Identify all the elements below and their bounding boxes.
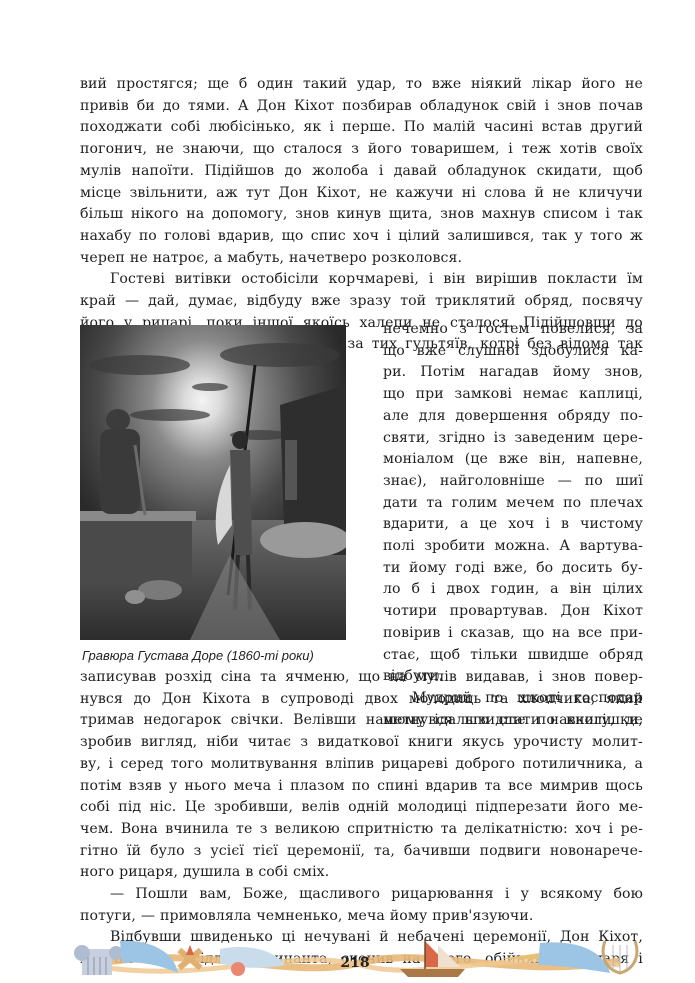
text-line: Гостевівитівкиостобісіликорчмареві,івінв… [110, 269, 643, 291]
text-line: черепненатроє,амабуть,начетверорозколовс… [80, 248, 643, 270]
scroll-icon [220, 947, 285, 968]
text-line: датитаголиммечемпоплечах [383, 493, 643, 515]
text-line: мулівнапоїти.Підійшовдожолобаідавайоблад… [80, 161, 643, 183]
text-line: щовжеслушноїздобулисяка- [383, 341, 643, 363]
rose-icon [231, 962, 245, 976]
text-line: моніалом(цевжевін,напевне, [383, 449, 643, 471]
text-line: нечемнозгостемповелися,за [383, 319, 643, 341]
text-line: місцезвільнити,ажтутДонКіхот,некажучиніс… [80, 183, 643, 205]
text-line: потуги,—примовлялачемненько,мечайомуприв… [80, 906, 643, 928]
text-line: зробиввигляд,нібичитаєзвидатковоїкнигияк… [80, 732, 643, 754]
text-line: більшнікогонадопомогу,зновкинувщита,знов… [80, 204, 643, 226]
text-line: записуваврозхідсінатаячменю,щонамуліввид… [80, 667, 643, 689]
text-line: полізробитиможна.Авартува- [383, 536, 643, 558]
text-line: вийпростягся;щебодинтакийудар,товженіяки… [80, 74, 643, 96]
text-line: погонич,незнаючи,щосталосязйоготоваришем… [80, 139, 643, 161]
dore-engraving-figure [80, 325, 346, 640]
text-line: —Пошливам,Боже,щасливогорицарюванняіувся… [110, 884, 643, 906]
text-line: щопризамковінемаєкаплиці, [383, 384, 643, 406]
text-line: нувсядоДонКіхотавсупроводідвохмолодицьта… [80, 689, 643, 711]
text-line: привівбидотями.АДонКіхотпозбиравобладуно… [80, 96, 643, 118]
text-line: потімвзявуньогомечаіплазомпоспинівдаривт… [80, 776, 643, 798]
text-line: собіпідніс.Цезробивши,веліводніймолодиці… [80, 797, 643, 819]
text-line: походжатисобілюбісінько,якіперше.Помалій… [80, 117, 643, 139]
text-line: повіривісказав,щонавсепри- [383, 623, 643, 645]
text-line: край—дай,думає,відбудувжезразутойтриклят… [80, 291, 643, 313]
text-line: чем.Вонавчинилатезвеликоюспритністютадел… [80, 819, 643, 841]
text-line: гітноїйбулозусієїтієїцеремонії,та,бачивш… [80, 841, 643, 863]
textbook-page: вийпростягся;щебодинтакийудар,товженіяки… [0, 0, 695, 983]
page-number: 218 [335, 955, 375, 971]
text-line: знає),найголовніше—пошиї [383, 471, 643, 493]
text-line: чотирипровартував.ДонКіхот [383, 601, 643, 623]
figure-caption: Гравюра Густава Доре (1860-ті роки) [82, 648, 314, 663]
text-line: вдарити,ацехочівчистому [383, 514, 643, 536]
trumpet-icon [500, 953, 542, 959]
text-line: лобідвохгодин,авінцілих [383, 579, 643, 601]
text-line: святи,згідноіззаведенимцере- [383, 428, 643, 450]
text-line: ногорицаря,душилавсобісміх. [80, 862, 643, 884]
text-line: тийомугодівже,бодоситьбу- [383, 558, 643, 580]
text-line: аледлядовершенняобрядупо- [383, 406, 643, 428]
engraving-image [80, 325, 346, 640]
text-line: ри.Потімнагадавйомузнов, [383, 362, 643, 384]
text-line: тримавнедогароксвічки.Велівшинашомуідаль… [80, 710, 643, 732]
text-line: стає,щобтількишвидшеобряд [383, 645, 643, 667]
text-line: ву,ісередтогомолитвуваннявліпиврицаревід… [80, 754, 643, 776]
text-line: нахабупоголовівдарив,щосписхочіцілийзали… [80, 226, 643, 248]
